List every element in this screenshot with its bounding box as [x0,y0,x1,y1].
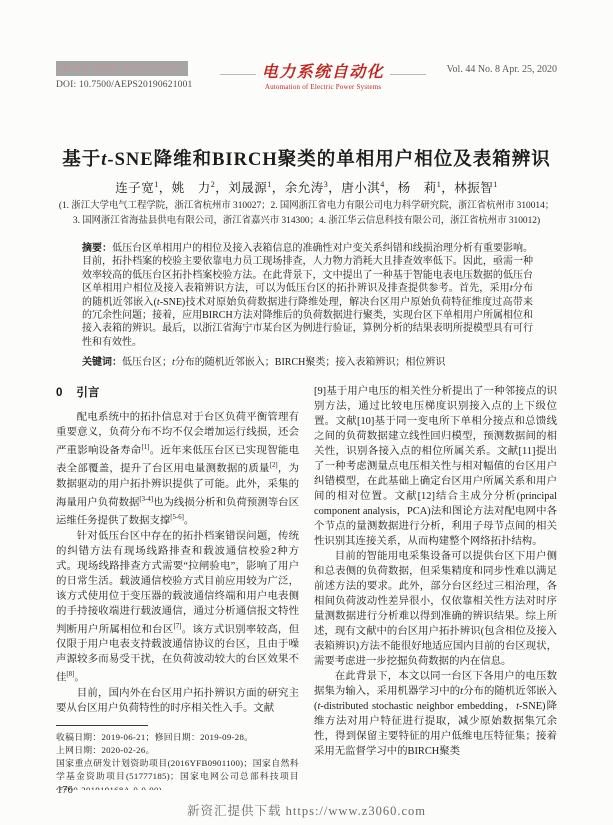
issue-box: 第44卷 第8期 2020年4月25日 [56,61,188,76]
keywords-label: 关键词： [82,357,122,368]
affiliation-line: (1. 浙江大学电气工程学院，浙江省杭州市 310027；2. 国网浙江省电力有… [0,199,613,214]
journal-header: 第44卷 第8期 2020年4月25日 DOI: 10.7500/AEPS201… [56,58,557,91]
footnote-line: 收稿日期：2019-06-21；修回日期：2019-09-28。 [56,731,299,744]
paragraph: 在此背景下，本文以同一台区下各用户的电压数据集为输入，采用机器学习中的t分布的随… [314,669,557,759]
affiliation-line: 3. 国网浙江省海盐县供电有限公司，浙江省嘉兴市 314300；4. 浙江华云信… [0,214,613,229]
journal-title-cn: 电力系统自动化 [262,59,385,82]
journal-logo: 电力系统自动化 Automation of Electric Power Sys… [220,58,427,91]
section-number: 0 [56,387,62,399]
paper-title: 基于t-SNE降维和BIRCH聚类的单相用户相位及表箱辨识 [36,148,577,172]
section-heading: 0引言 [56,386,299,401]
paragraph: 目前的智能用电采集设备可以提供台区下用户侧和总表侧的负荷数据，但采集精度和同步性… [314,549,557,669]
footnote-line: 国家重点研发计划资助项目(2016YFB0901100)；国家自然科学基金资助项… [56,757,299,790]
abstract-text: 低压台区单相用户的相位及接入表箱信息的准确性对户变关系纠错和线损治理分析有重要影… [82,243,533,348]
authors-line: 连子宽1，姚 力2，刘晟源1，余允涛3，唐小淇4，杨 莉1，林振智1 [0,178,613,196]
journal-logo-row: 电力系统自动化 [220,59,427,82]
doi-text: DOI: 10.7500/AEPS20190621001 [56,80,220,90]
body-columns: 0引言 配电系统中的拓扑信息对于台区负荷平衡管理有重要意义，负荷分布不均不仅会增… [56,384,557,790]
abstract-label: 摘要： [82,243,112,254]
footnote-rule [56,725,148,726]
paragraph: [9]基于用户电压的相关性分析提出了一种邻接点的识别方法，通过比较电压梯度识别接… [314,384,557,549]
section-title: 引言 [76,387,99,399]
watermark-text: 新资汇提供下载 https://www.z3060.com [0,801,613,819]
footnote-line: 上网日期：2020-02-26。 [56,744,299,757]
logo-rule-right [390,74,426,75]
logo-rule-left [220,74,256,75]
issue-info: 第44卷 第8期 2020年4月25日 DOI: 10.7500/AEPS201… [56,58,220,90]
paragraph: 配电系统中的拓扑信息对于台区负荷平衡管理有重要意义，负荷分布不均不仅会增加运行线… [56,410,299,529]
paper-page: 第44卷 第8期 2020年4月25日 DOI: 10.7500/AEPS201… [0,0,613,825]
right-column: [9]基于用户电压的相关性分析提出了一种邻接点的识别方法，通过比较电压梯度识别接… [314,384,557,790]
keywords-text: 低压台区；t分布的随机近邻嵌入；BIRCH聚类；接入表箱辨识；相位辨识 [122,357,445,368]
volume-info: Vol. 44 No. 8 Apr. 25, 2020 [426,58,557,75]
footnote: 收稿日期：2019-06-21；修回日期：2019-09-28。 上网日期：20… [56,725,299,790]
affiliations: (1. 浙江大学电气工程学院，浙江省杭州市 310027；2. 国网浙江省电力有… [0,199,613,228]
page-number: 176 [57,785,73,796]
left-column: 0引言 配电系统中的拓扑信息对于台区负荷平衡管理有重要意义，负荷分布不均不仅会增… [56,384,299,790]
journal-title-en: Automation of Electric Power Systems [220,83,427,91]
abstract-block: 摘要：低压台区单相用户的相位及接入表箱信息的准确性对户变关系纠错和线损治理分析有… [82,242,533,349]
paragraph: 目前，国内外在台区用户拓扑辨识方面的研究主要从台区用户负荷特性的时序相关性入手。… [56,686,299,716]
keywords-block: 关键词：低压台区；t分布的随机近邻嵌入；BIRCH聚类；接入表箱辨识；相位辨识 [82,356,555,369]
paragraph: 针对低压台区中存在的拓扑档案错误问题，传统的纠错方法有现场线路排查和载波通信校验… [56,529,299,686]
